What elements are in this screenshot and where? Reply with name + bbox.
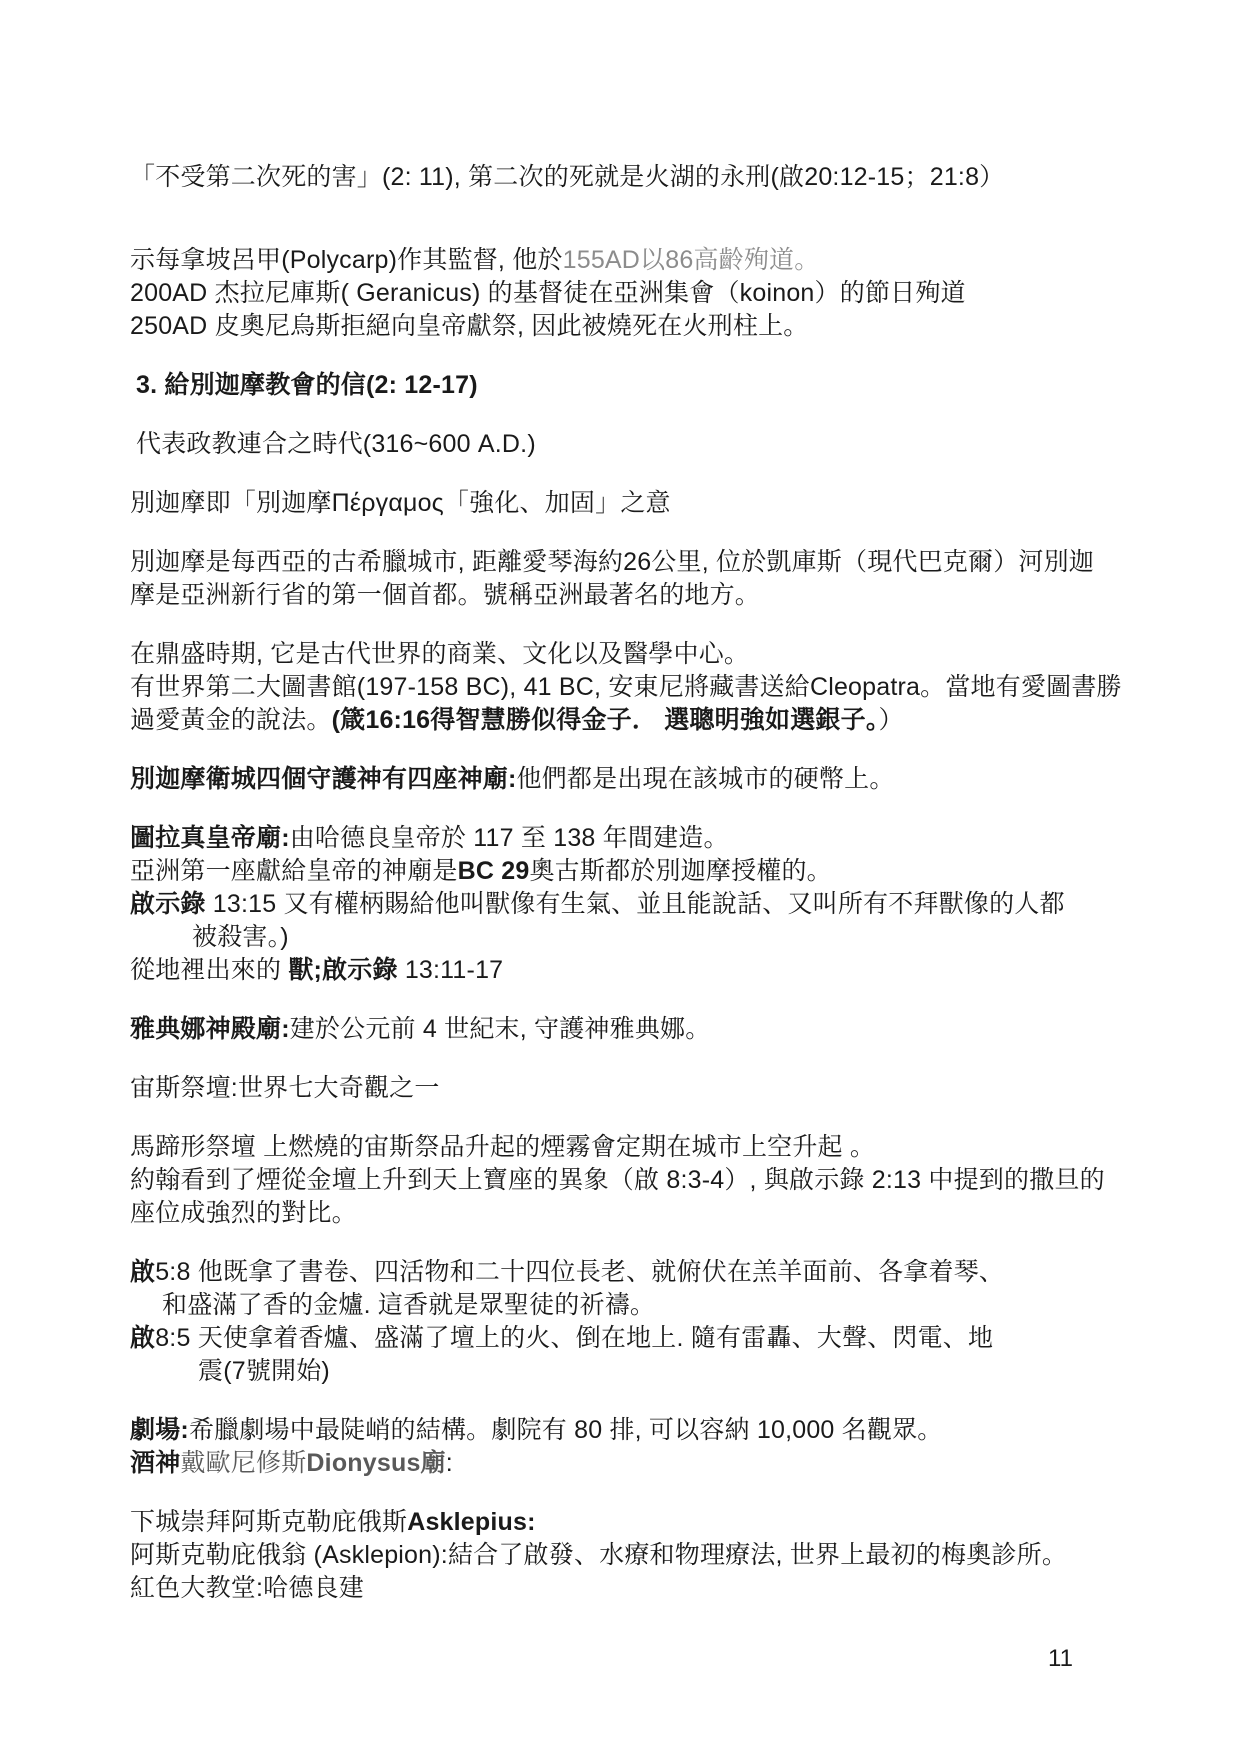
paragraph: 啟5:8 他既拿了書卷、四活物和二十四位長老、就俯伏在羔羊面前、各拿着琴、和盛滿…	[130, 1256, 1125, 1388]
text-run: 示每拿坡呂甲(Polycarp)作其監督, 他於	[130, 246, 563, 274]
paragraph: 「不受第二次死的害」(2: 11), 第二次的死就是火湖的永刑(啟20:12-1…	[130, 161, 1125, 194]
page-number: 11	[1048, 1644, 1073, 1674]
text-run: 有世界第二大圖書館(197-158 BC), 41 BC, 安東尼將藏書送給Cl…	[130, 673, 1122, 701]
text-line: 從地裡出來的 獸;啟示錄 13:11-17	[130, 954, 1125, 987]
text-run: 8:5 天使拿着香爐、盛滿了壇上的火、倒在地上. 隨有雷轟、大聲、閃電、地	[155, 1324, 993, 1352]
text-run: 希臘劇場中最陡峭的結構。劇院有 80 排, 可以容納 10,000 名觀眾。	[189, 1416, 943, 1444]
paragraph: 下城崇拜阿斯克勒庇俄斯Asklepius:阿斯克勒庇俄翁 (Asklepion)…	[130, 1506, 1125, 1605]
text-run: 被殺害。)	[192, 923, 289, 951]
text-run: Asklepius:	[407, 1508, 535, 1536]
text-run: Dionysus廟	[306, 1449, 445, 1477]
text-line: 有世界第二大圖書館(197-158 BC), 41 BC, 安東尼將藏書送給Cl…	[130, 671, 1125, 704]
text-run: 啟	[130, 1324, 155, 1352]
text-line: 別迦摩衛城四個守護神有四座神廟:他們都是出現在該城市的硬幣上。	[130, 763, 1125, 796]
text-run: 啟	[130, 1258, 155, 1286]
text-run: 亞洲第一座獻給皇帝的神廟是	[130, 857, 458, 885]
text-line: 在鼎盛時期, 它是古代世界的商業、文化以及醫學中心。	[130, 638, 1125, 671]
document-body: 「不受第二次死的害」(2: 11), 第二次的死就是火湖的永刑(啟20:12-1…	[130, 161, 1125, 1605]
text-run: 圖拉真皇帝廟:	[130, 824, 290, 852]
text-run: 馬蹄形祭壇 上燃燒的宙斯祭品升起的煙霧會定期在城市上空升起 。	[130, 1133, 875, 1161]
text-line: 雅典娜神殿廟:建於公元前 4 世紀末, 守護神雅典娜。	[130, 1013, 1125, 1046]
text-line: 圖拉真皇帝廟:由哈德良皇帝於 117 至 138 年間建造。	[130, 822, 1125, 855]
text-line: 紅色大教堂:哈德良建	[130, 1572, 1125, 1605]
text-run: 在鼎盛時期, 它是古代世界的商業、文化以及醫學中心。	[130, 640, 749, 668]
text-run: 由哈德良皇帝於 117 至 138 年間建造。	[290, 824, 729, 852]
text-run: 奧古斯都於別迦摩授權的。	[529, 857, 831, 885]
text-run: 13:11-17	[398, 956, 504, 984]
text-run: 酒神	[130, 1449, 180, 1477]
text-line: 啟8:5 天使拿着香爐、盛滿了壇上的火、倒在地上. 隨有雷轟、大聲、閃電、地	[130, 1322, 1125, 1355]
text-run: 代表政教連合之時代(316~600 A.D.)	[136, 430, 536, 458]
text-run: 別迦摩衛城四個守護神有四座神廟:	[130, 765, 517, 793]
text-line: 座位成強烈的對比。	[130, 1197, 1125, 1230]
text-run: (箴16:16得智慧勝似得金子． 選聰明強如選銀子。	[332, 706, 879, 734]
text-run: 從地裡出來的	[130, 956, 288, 984]
text-line: 200AD 杰拉尼庫斯( Geranicus) 的基督徒在亞洲集會（koinon…	[130, 277, 1125, 310]
text-line: 約翰看到了煙從金壇上升到天上寶座的異象（啟 8:3-4）, 與啟示錄 2:13 …	[130, 1164, 1125, 1197]
text-line: 摩是亞洲新行省的第一個首都。號稱亞洲最著名的地方。	[130, 579, 1125, 612]
text-line: 被殺害。)	[130, 921, 1125, 954]
text-run: 座位成強烈的對比。	[130, 1199, 357, 1227]
text-line: 宙斯祭壇:世界七大奇觀之一	[130, 1072, 1125, 1105]
text-line: 250AD 皮奧尼烏斯拒絕向皇帝獻祭, 因此被燒死在火刑柱上。	[130, 310, 1125, 343]
text-run: 戴歐尼修斯	[180, 1449, 306, 1477]
text-line: 過愛黃金的說法。(箴16:16得智慧勝似得金子． 選聰明強如選銀子。）	[130, 704, 1125, 737]
text-run: 雅典娜神殿廟:	[130, 1015, 290, 1043]
text-run: 建於公元前 4 世紀末, 守護神雅典娜。	[290, 1015, 711, 1043]
text-run: 200AD 杰拉尼庫斯( Geranicus) 的基督徒在亞洲集會（koinon…	[130, 279, 966, 307]
text-run: ）	[879, 706, 904, 734]
paragraph: 3. 給別迦摩教會的信(2: 12-17)	[130, 369, 1125, 402]
text-line: 酒神戴歐尼修斯Dionysus廟:	[130, 1447, 1125, 1480]
text-line: 亞洲第一座獻給皇帝的神廟是BC 29奧古斯都於別迦摩授權的。	[130, 855, 1125, 888]
text-run: 和盛滿了香的金爐. 這香就是眾聖徒的祈禱。	[162, 1291, 655, 1319]
paragraph: 在鼎盛時期, 它是古代世界的商業、文化以及醫學中心。有世界第二大圖書館(197-…	[130, 638, 1125, 737]
paragraph: 別迦摩衛城四個守護神有四座神廟:他們都是出現在該城市的硬幣上。	[130, 763, 1125, 796]
text-run: BC 29	[458, 857, 530, 885]
text-run: 下城崇拜阿斯克勒庇俄斯	[130, 1508, 407, 1536]
text-run: 5:8 他既拿了書卷、四活物和二十四位長老、就俯伏在羔羊面前、各拿着琴、	[155, 1258, 1004, 1286]
paragraph: 雅典娜神殿廟:建於公元前 4 世紀末, 守護神雅典娜。	[130, 1013, 1125, 1046]
text-run: 3. 給別迦摩教會的信(2: 12-17)	[136, 371, 478, 399]
paragraph: 馬蹄形祭壇 上燃燒的宙斯祭品升起的煙霧會定期在城市上空升起 。約翰看到了煙從金壇…	[130, 1131, 1125, 1230]
text-line: 和盛滿了香的金爐. 這香就是眾聖徒的祈禱。	[130, 1289, 1125, 1322]
paragraph: 別迦摩是每西亞的古希臘城市, 距離愛琴海約26公里, 位於凱庫斯（現代巴克爾）河…	[130, 546, 1125, 612]
text-run: 啟示錄	[130, 890, 206, 918]
paragraph: 代表政教連合之時代(316~600 A.D.)	[130, 428, 1125, 461]
text-run: 摩是亞洲新行省的第一個首都。號稱亞洲最著名的地方。	[130, 581, 760, 609]
text-run: 紅色大教堂:哈德良建	[130, 1574, 364, 1602]
text-line: 劇場:希臘劇場中最陡峭的結構。劇院有 80 排, 可以容納 10,000 名觀眾…	[130, 1414, 1125, 1447]
text-line: 別迦摩是每西亞的古希臘城市, 距離愛琴海約26公里, 位於凱庫斯（現代巴克爾）河…	[130, 546, 1125, 579]
text-run: 過愛黃金的說法。	[130, 706, 332, 734]
text-run: 別迦摩即「別迦摩Πέργαμος「強化、加固」之意	[130, 489, 671, 517]
text-run: 阿斯克勒庇俄翁 (Asklepion):結合了啟發、水療和物理療法, 世界上最初…	[130, 1541, 1067, 1569]
text-run: 劇場:	[130, 1416, 189, 1444]
text-line: 示每拿坡呂甲(Polycarp)作其監督, 他於155AD以86高齡殉道。	[130, 244, 1125, 277]
paragraph: 劇場:希臘劇場中最陡峭的結構。劇院有 80 排, 可以容納 10,000 名觀眾…	[130, 1414, 1125, 1480]
text-run: 宙斯祭壇:世界七大奇觀之一	[130, 1074, 440, 1102]
text-run: 約翰看到了煙從金壇上升到天上寶座的異象（啟 8:3-4）, 與啟示錄 2:13 …	[130, 1166, 1105, 1194]
text-run: 獸;啟示錄	[288, 956, 397, 984]
text-run: 13:15 又有權柄賜給他叫獸像有生氣、並且能說話、又叫所有不拜獸像的人都	[206, 890, 1065, 918]
text-line: 「不受第二次死的害」(2: 11), 第二次的死就是火湖的永刑(啟20:12-1…	[130, 161, 1125, 194]
text-run: :	[446, 1449, 453, 1477]
text-run: 155AD以86高齡殉道。	[563, 246, 820, 274]
text-line: 啟5:8 他既拿了書卷、四活物和二十四位長老、就俯伏在羔羊面前、各拿着琴、	[130, 1256, 1125, 1289]
text-line: 代表政教連合之時代(316~600 A.D.)	[130, 428, 1125, 461]
text-run: 250AD 皮奧尼烏斯拒絕向皇帝獻祭, 因此被燒死在火刑柱上。	[130, 312, 808, 340]
text-line: 震(7號開始)	[130, 1355, 1125, 1388]
paragraph: 宙斯祭壇:世界七大奇觀之一	[130, 1072, 1125, 1105]
text-line: 馬蹄形祭壇 上燃燒的宙斯祭品升起的煙霧會定期在城市上空升起 。	[130, 1131, 1125, 1164]
text-line: 別迦摩即「別迦摩Πέργαμος「強化、加固」之意	[130, 487, 1125, 520]
text-run: 「不受第二次死的害」(2: 11), 第二次的死就是火湖的永刑(啟20:12-1…	[130, 163, 1004, 191]
paragraph: 別迦摩即「別迦摩Πέργαμος「強化、加固」之意	[130, 487, 1125, 520]
paragraph: 圖拉真皇帝廟:由哈德良皇帝於 117 至 138 年間建造。亞洲第一座獻給皇帝的…	[130, 822, 1125, 987]
text-run: 他們都是出現在該城市的硬幣上。	[517, 765, 895, 793]
paragraph: 示每拿坡呂甲(Polycarp)作其監督, 他於155AD以86高齡殉道。200…	[130, 244, 1125, 343]
text-line: 阿斯克勒庇俄翁 (Asklepion):結合了啟發、水療和物理療法, 世界上最初…	[130, 1539, 1125, 1572]
text-line: 3. 給別迦摩教會的信(2: 12-17)	[130, 369, 1125, 402]
text-run: 震(7號開始)	[198, 1357, 330, 1385]
text-run: 別迦摩是每西亞的古希臘城市, 距離愛琴海約26公里, 位於凱庫斯（現代巴克爾）河…	[130, 548, 1094, 576]
text-line: 啟示錄 13:15 又有權柄賜給他叫獸像有生氣、並且能說話、又叫所有不拜獸像的人…	[130, 888, 1125, 921]
text-line: 下城崇拜阿斯克勒庇俄斯Asklepius:	[130, 1506, 1125, 1539]
